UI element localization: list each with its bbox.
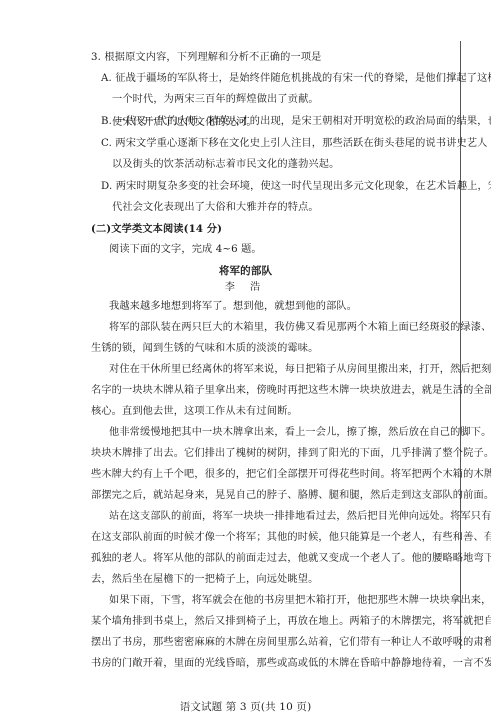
story-line: 块块木牌排了出去。它们排出了槐树的树阴，排到了阳光的下面，几乎排满了整个院子。那 xyxy=(91,447,491,461)
story-line: 他非常缓慢地把其中一块木牌拿出来，看上一会儿，擦了擦，然后放在自己的脚下。一 xyxy=(109,426,491,440)
story-line: 孤独的老人。将军从他的部队的前面走过去，他就又变成一个老人了。他的腰略略地弯下 xyxy=(91,552,491,566)
story-line: 对住在干休所里已经离休的将军来说，每日把箱子从房间里搬出来，打开，然后把刻着 xyxy=(109,363,491,377)
story-line: 在这支部队前面的时候才像一个将军；其他的时候，他只能算是一个老人，有些和善、有些 xyxy=(91,531,491,545)
story-line: 将军的部队装在两只巨大的木箱里，我仿佛又看见那两个木箱上面已经斑驳的绿漆、 xyxy=(109,321,491,335)
story-line: 如果下雨，下雪，将军就会在他的书房里把木箱打开，他把那些木牌一块块拿出来，从 xyxy=(109,594,491,608)
option-b-line2: 使宋代开启了近代文化的先河。 xyxy=(112,116,257,130)
story-author: 李 浩 xyxy=(0,281,491,295)
story-line: 生锈的锁，闻到生锈的气味和木质的淡淡的霉味。 xyxy=(91,342,318,356)
story-line: 某个墙角排到书桌上，然后又排到椅子上，再放在地上。两箱子的木牌摆完，将军就把自己 xyxy=(91,615,491,629)
story-line: 名字的一块块木牌从箱子里拿出来，傍晚时再把这些木牌一块块放进去，就是生活的全部 xyxy=(91,384,491,398)
section-heading: (二)文学类文本阅读(14 分) xyxy=(91,222,222,236)
option-c-line2: 以及街头的饮茶活动标志着市民文化的蓬勃兴起。 xyxy=(112,158,339,172)
story-line: 我越来越多地想到将军了。想到他，就想到他的部队。 xyxy=(109,300,357,314)
story-line: 站在这支部队的前面，将军一块块一排排地看过去，然后把目光伸向远处。将军只有站 xyxy=(109,510,491,524)
option-d-line2: 代社会文化表现出了大俗和大雅并存的特点。 xyxy=(112,201,319,215)
section-instruction: 阅读下面的文字，完成 4~6 题。 xyxy=(109,243,262,257)
option-a-line2: 一个时代，为两宋三百年的辉煌做出了贡献。 xyxy=(112,93,319,107)
story-line: 部摆完之后，就站起身来，晃晃自己的脖子、胳膊、腿和腿，然后走到这支部队的前面。 xyxy=(91,489,491,503)
option-a-line1: A. 征战于疆场的军队将士，是始终伴随危机挑战的有宋一代的脊梁，是他们撑起了这样 xyxy=(101,72,491,86)
option-c-line1: C. 两宋文学重心逐渐下移在文化史上引人注目，那些活跃在街头巷尾的说书讲史艺人 xyxy=(101,137,488,151)
story-line: 去，然后坐在屋檐下的一把椅子上，向远处眺望。 xyxy=(91,573,318,587)
story-line: 摆出了书房，那些密密麻麻的木牌在房间里那么站着，它们带有一种让人不敢呼吸的肃穆。 xyxy=(91,636,491,650)
story-line: 些木牌大约有上千个吧，很多的，把它们全部摆开可得花些时间。将军把两个木箱的木牌全 xyxy=(91,468,491,482)
option-d-line1: D. 两宋时期复杂多变的社会环境，使这一时代呈现出多元文化现象，在艺术旨趣上，宋 xyxy=(101,180,491,194)
story-title: 将军的部队 xyxy=(0,264,491,278)
question-3-stem: 3. 根据原文内容，下列理解和分析不正确的一项是 xyxy=(91,51,322,65)
story-line: 核心。直到他去世，这项工作从未有过间断。 xyxy=(91,405,298,419)
page-footer: 语文试题 第 3 页(共 10 页) xyxy=(0,700,491,714)
exam-page: 3. 根据原文内容，下列理解和分析不正确的一项是 A. 征战于疆场的军队将士，是… xyxy=(0,0,491,716)
story-line: 书房的门敞开着，里面的光线昏暗，那些或高或低的木牌在昏暗中静静地待着，一言不发。 xyxy=(91,657,491,671)
